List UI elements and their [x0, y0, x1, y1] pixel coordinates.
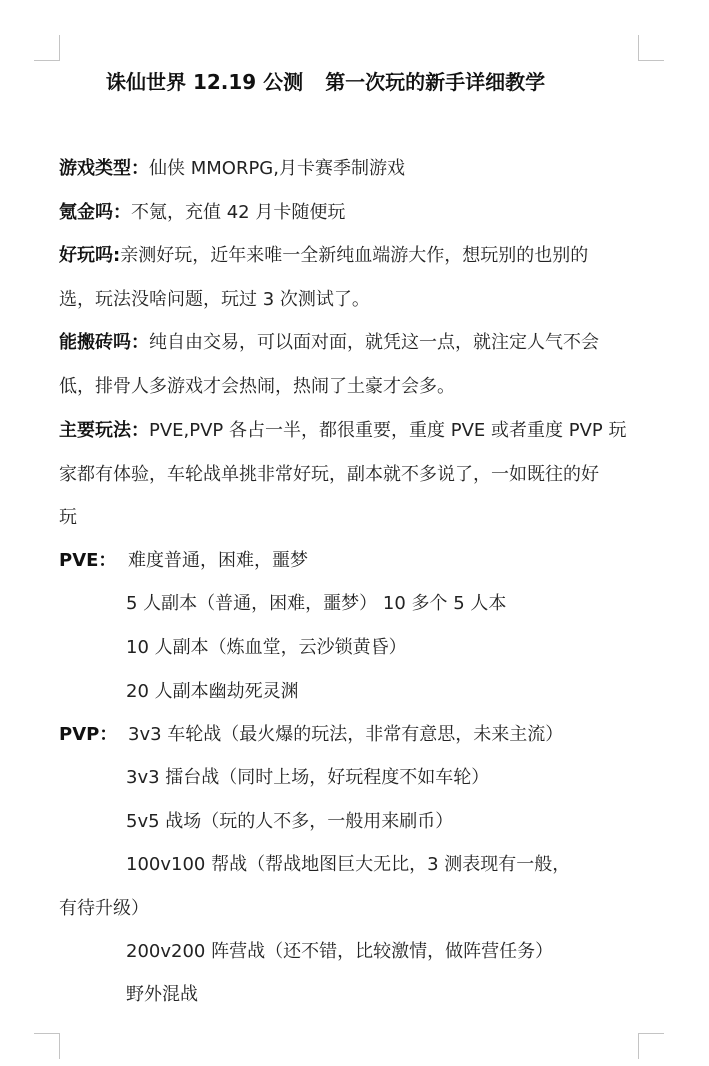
pvp-line-1: 3v3 擂台战（同时上场，好玩程度不如车轮） [126, 763, 489, 793]
pvp-item: 3v3 擂台战（同时上场，好玩程度不如车轮） [126, 767, 489, 788]
pay-to-win-line: 氪金吗：不氪，充值 42 月卡随便玩 [59, 198, 345, 228]
game-type-label: 游戏类型： [59, 158, 149, 179]
crop-mark-top-left-vertical [59, 35, 60, 61]
document-page: 诛仙世界 12.19 公测第一次玩的新手详细教学 游戏类型：仙侠 MMORPG,… [0, 0, 709, 1066]
crop-mark-bottom-right-horizontal [638, 1033, 664, 1034]
pve-line-3: 20 人副本幽劫死灵渊 [126, 677, 299, 707]
crop-mark-top-right-vertical [638, 35, 639, 61]
crop-mark-bottom-left-horizontal [34, 1033, 60, 1034]
pve-item: 10 人副本（炼血堂，云沙锁黄昏） [126, 637, 407, 658]
game-type-line: 游戏类型：仙侠 MMORPG,月卡赛季制游戏 [59, 154, 405, 184]
pvp-item: 5v5 战场（玩的人不多，一般用来刷币） [126, 811, 453, 832]
main-gameplay-line-3: 玩 [59, 503, 77, 533]
pvp-line-6: 野外混战 [126, 980, 198, 1010]
pvp-item-continued: 有待升级） [59, 898, 149, 919]
main-gameplay-text-1: PVE,PVP 各占一半，都很重要，重度 PVE 或者重度 PVP 玩 [149, 420, 626, 441]
main-gameplay-line-2: 家都有体验，车轮战单挑非常好玩，副本就不多说了，一如既往的好 [59, 460, 599, 490]
pve-line-1: 5 人副本（普通，困难，噩梦） 10 多个 5 人本 [126, 589, 506, 619]
crop-mark-top-right-horizontal [638, 60, 664, 61]
pay-to-win-label: 氪金吗： [59, 202, 131, 223]
pve-label: PVE： [59, 546, 128, 576]
pve-item: 20 人副本幽劫死灵渊 [126, 681, 299, 702]
pve-line-2: 10 人副本（炼血堂，云沙锁黄昏） [126, 633, 407, 663]
game-type-text: 仙侠 MMORPG,月卡赛季制游戏 [149, 158, 405, 179]
pvp-line-4: 有待升级） [59, 894, 149, 924]
can-farm-line-1: 能搬砖吗：纯自由交易，可以面对面，就凭这一点，就注定人气不会 [59, 328, 599, 358]
main-gameplay-line-1: 主要玩法：PVE,PVP 各占一半，都很重要，重度 PVE 或者重度 PVP 玩 [59, 416, 626, 446]
is-fun-line-1: 好玩吗:亲测好玩，近年来唯一全新纯血端游大作，想玩别的也别的 [59, 241, 588, 271]
pvp-item: 野外混战 [126, 984, 198, 1005]
title-part-1: 诛仙世界 12.19 公测 [106, 70, 303, 94]
document-title: 诛仙世界 12.19 公测第一次玩的新手详细教学 [106, 68, 545, 96]
pve-item: 难度普通，困难，噩梦 [128, 550, 308, 571]
title-part-2: 第一次玩的新手详细教学 [325, 70, 545, 94]
crop-mark-bottom-right-vertical [638, 1033, 639, 1059]
main-gameplay-text-3: 玩 [59, 507, 77, 528]
pvp-item: 3v3 车轮战（最火爆的玩法，非常有意思，未来主流） [128, 724, 563, 745]
pvp-line-5: 200v200 阵营战（还不错，比较激情，做阵营任务） [126, 937, 553, 967]
pve-item: 5 人副本（普通，困难，噩梦） 10 多个 5 人本 [126, 593, 506, 614]
pay-to-win-text: 不氪，充值 42 月卡随便玩 [131, 202, 345, 223]
crop-mark-top-left-horizontal [34, 60, 60, 61]
pvp-line-0: PVP：3v3 车轮战（最火爆的玩法，非常有意思，未来主流） [59, 720, 563, 750]
main-gameplay-label: 主要玩法： [59, 420, 149, 441]
main-gameplay-text-2: 家都有体验，车轮战单挑非常好玩，副本就不多说了，一如既往的好 [59, 464, 599, 485]
pvp-item: 100v100 帮战（帮战地图巨大无比，3 测表现有一般， [126, 854, 570, 875]
can-farm-text-2: 低，排骨人多游戏才会热闹，热闹了土豪才会多。 [59, 376, 455, 397]
is-fun-text-2: 选，玩法没啥问题，玩过 3 次测试了。 [59, 289, 370, 310]
can-farm-label: 能搬砖吗： [59, 332, 149, 353]
pvp-line-3: 100v100 帮战（帮战地图巨大无比，3 测表现有一般， [126, 850, 570, 880]
crop-mark-bottom-left-vertical [59, 1033, 60, 1059]
pvp-line-2: 5v5 战场（玩的人不多，一般用来刷币） [126, 807, 453, 837]
is-fun-text-1: 亲测好玩，近年来唯一全新纯血端游大作，想玩别的也别的 [120, 245, 588, 266]
pve-line-0: PVE：难度普通，困难，噩梦 [59, 546, 308, 576]
can-farm-line-2: 低，排骨人多游戏才会热闹，热闹了土豪才会多。 [59, 372, 455, 402]
can-farm-text-1: 纯自由交易，可以面对面，就凭这一点，就注定人气不会 [149, 332, 599, 353]
pvp-label: PVP： [59, 720, 128, 750]
is-fun-label: 好玩吗: [59, 245, 120, 266]
is-fun-line-2: 选，玩法没啥问题，玩过 3 次测试了。 [59, 285, 370, 315]
pvp-item: 200v200 阵营战（还不错，比较激情，做阵营任务） [126, 941, 553, 962]
